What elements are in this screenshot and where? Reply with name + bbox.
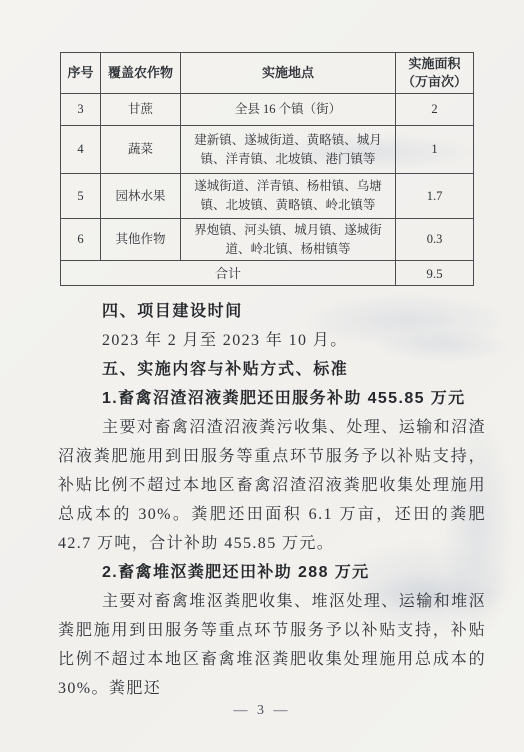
- col-header-area: 实施面积 （万亩次）: [396, 53, 474, 94]
- col-header-location: 实施地点: [181, 53, 396, 94]
- col-header-crop: 覆盖农作物: [101, 53, 181, 94]
- total-value: 9.5: [396, 261, 474, 286]
- cell-location: 全县 16 个镇（街）: [181, 94, 396, 126]
- item2-title: 2.畜禽堆沤粪肥还田补助 288 万元: [58, 558, 486, 587]
- table-row: 5 园林水果 遂城街道、洋青镇、杨柑镇、乌塘镇、北坡镇、黄略镇、岭北镇等 1.7: [61, 174, 474, 219]
- total-label: 合计: [61, 261, 396, 286]
- table-row: 6 其他作物 界炮镇、河头镇、城月镇、遂城街道、岭北镇、杨柑镇等 0.3: [61, 219, 474, 261]
- document-body: 四、项目建设时间 2023 年 2 月至 2023 年 10 月。 五、实施内容…: [58, 297, 486, 703]
- cell-area: 0.3: [396, 219, 474, 261]
- section-heading-4: 四、项目建设时间: [58, 297, 486, 326]
- item1-paragraph: 主要对畜禽沼渣沼液粪污收集、处理、运输和沼渣沼液粪肥施用到田服务等重点环节服务予…: [58, 413, 486, 558]
- cell-crop: 甘蔗: [101, 94, 181, 126]
- cell-crop: 园林水果: [101, 174, 181, 219]
- implementation-area-table: 序号 覆盖农作物 实施地点 实施面积 （万亩次） 3 甘蔗 全县 16 个镇（街…: [60, 52, 474, 286]
- cell-serial: 4: [61, 126, 101, 174]
- table-total-row: 合计 9.5: [61, 261, 474, 286]
- cell-serial: 6: [61, 219, 101, 261]
- col-header-area-line2: （万亩次）: [402, 74, 467, 89]
- cell-crop: 其他作物: [101, 219, 181, 261]
- cell-location: 界炮镇、河头镇、城月镇、遂城街道、岭北镇、杨柑镇等: [181, 219, 396, 261]
- table-row: 4 蔬菜 建新镇、遂城街道、黄略镇、城月镇、洋青镇、北坡镇、港门镇等 1: [61, 126, 474, 174]
- col-header-serial: 序号: [61, 53, 101, 94]
- cell-area: 1: [396, 126, 474, 174]
- col-header-area-line1: 实施面积: [408, 56, 460, 71]
- item2-paragraph: 主要对畜禽堆沤粪肥收集、堆沤处理、运输和堆沤粪肥施用到田服务等重点环节服务予以补…: [58, 587, 486, 703]
- project-period: 2023 年 2 月至 2023 年 10 月。: [58, 326, 486, 355]
- cell-location: 建新镇、遂城街道、黄略镇、城月镇、洋青镇、北坡镇、港门镇等: [181, 126, 396, 174]
- item1-title: 1.畜禽沼渣沼液粪肥还田服务补助 455.85 万元: [58, 384, 486, 413]
- cell-serial: 3: [61, 94, 101, 126]
- table-header-row: 序号 覆盖农作物 实施地点 实施面积 （万亩次）: [61, 53, 474, 94]
- cell-serial: 5: [61, 174, 101, 219]
- cell-location: 遂城街道、洋青镇、杨柑镇、乌塘镇、北坡镇、黄略镇、岭北镇等: [181, 174, 396, 219]
- cell-area: 2: [396, 94, 474, 126]
- table-row: 3 甘蔗 全县 16 个镇（街） 2: [61, 94, 474, 126]
- cell-crop: 蔬菜: [101, 126, 181, 174]
- scanned-document-page: 序号 覆盖农作物 实施地点 实施面积 （万亩次） 3 甘蔗 全县 16 个镇（街…: [0, 0, 524, 752]
- section-heading-5: 五、实施内容与补贴方式、标准: [58, 355, 486, 384]
- cell-area: 1.7: [396, 174, 474, 219]
- page-number: — 3 —: [0, 703, 524, 719]
